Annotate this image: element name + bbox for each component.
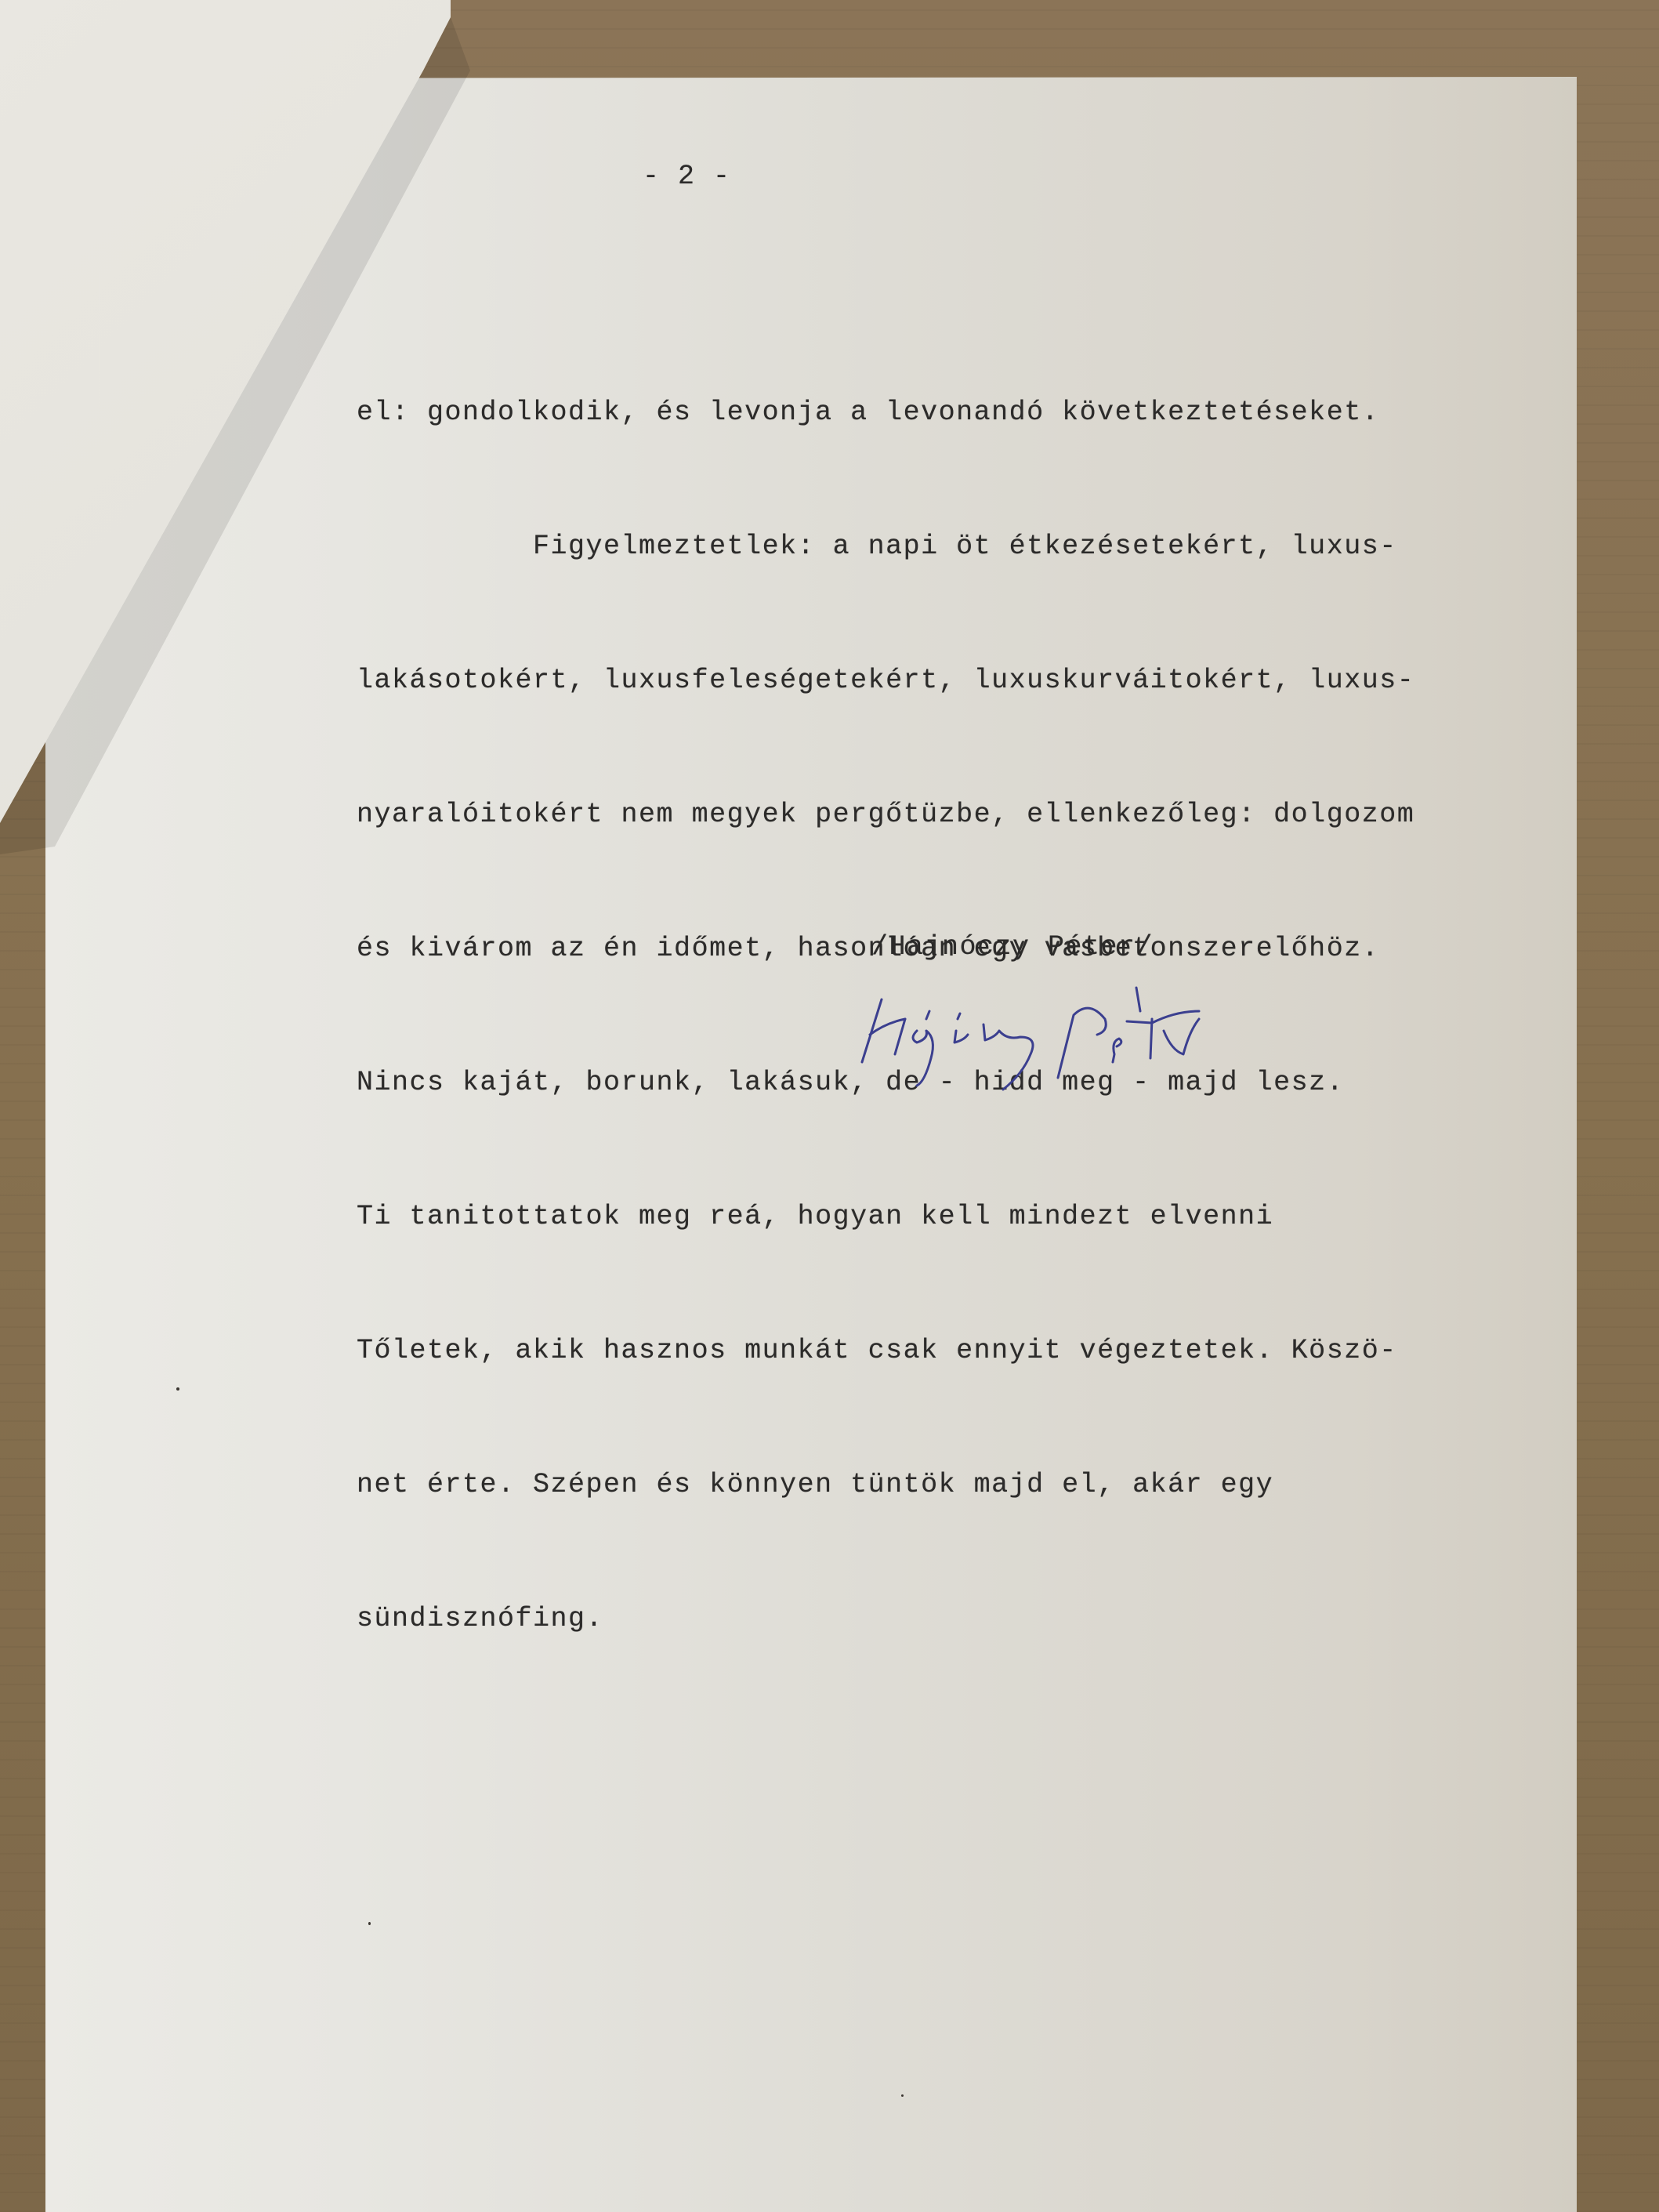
body-line: nyaralóitokért nem megyek pergőtüzbe, el… [357,792,1414,837]
body-line: Figyelmeztetlek: a napi öt étkezésetekér… [357,524,1414,569]
body-line: lakásotokért, luxusfeleségetekért, luxus… [357,658,1414,703]
page-number: - 2 - [643,161,731,192]
handwritten-signature: Hajnóczy Péter [839,976,1403,1093]
paper-speck [368,1922,371,1925]
typed-signature: /Hajnóczy Péter/ [871,931,1154,963]
body-line: Ti tanitottatok meg reá, hogyan kell min… [357,1195,1414,1239]
body-line: el: gondolkodik, és levonja a levonandó … [357,390,1414,435]
body-line: net érte. Szépen és könnyen tüntök majd … [357,1463,1414,1507]
body-line: Tőletek, akik hasznos munkát csak ennyit… [357,1329,1414,1373]
paper-speck [901,2094,904,2097]
paper-speck [176,1387,179,1391]
body-line: sündisznófing. [357,1597,1414,1641]
